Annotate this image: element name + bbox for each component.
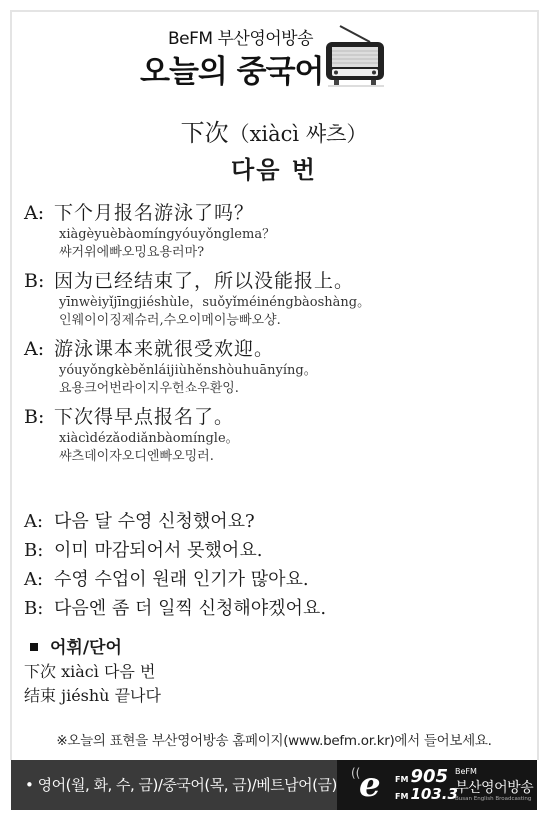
homepage-note: ※오늘의 표현을 부산영어방송 홈페이지(www.befm.or.kr)에서 들… — [0, 729, 548, 749]
chinese-line: 下个月报名游泳了吗？ — [54, 198, 254, 225]
translation-line: B:다음엔 좀 더 일찍 신청해야겠어요. — [24, 594, 524, 623]
speaker: A: — [24, 511, 54, 532]
footer: • 영어(월, 화, 수, 금)/중국어(목, 금)/베트남어(금) (( e … — [11, 760, 537, 810]
speaker: B: — [24, 540, 54, 561]
vocab-pinyin: jiéshù — [61, 686, 109, 705]
dialogue-turn: A:游泳课本来就很受欢迎。 yóuyǒngkèběnláijiùhěnshòuh… — [24, 334, 524, 398]
chinese-line: 游泳课本来就很受欢迎。 — [54, 334, 274, 361]
expression-pinyin: （xiàcì 쌰츠） — [229, 122, 368, 146]
expression-title: 下次（xiàcì 쌰츠） — [0, 113, 548, 148]
header: BeFM 부산영어방송 오늘의 중국어 — [0, 0, 548, 100]
speaker: A: — [24, 338, 54, 360]
dialogue-turn: B:下次得早点报名了。 xiàcìdézǎodiǎnbàomíngle。 쌰츠데… — [24, 402, 524, 466]
translation-line: A:다음 달 수영 신청했어요? — [24, 507, 524, 536]
speaker: A: — [24, 569, 54, 590]
speaker: B: — [24, 270, 54, 292]
vocab-heading-text: 어휘/단어 — [50, 638, 122, 658]
vocab-meaning: 끝나다 — [115, 686, 161, 705]
vocab-pinyin: xiàcì — [61, 662, 99, 681]
befm-label: BeFM — [455, 767, 477, 776]
speaker: A: — [24, 202, 54, 224]
vocab-section: 어휘/단어 下次 xiàcì 다음 번 结束 jiéshù 끝나다 — [24, 633, 161, 707]
chinese-line: 下次得早点报名了。 — [54, 402, 234, 429]
station-logo: (( e FM905 FM103.3 BeFM 부산영어방송 Busan Eng… — [337, 760, 537, 810]
station-english: Busan English Broadcasting — [455, 796, 531, 802]
translation-text: 다음 달 수영 신청했어요? — [54, 507, 255, 533]
e-logo-icon: e — [359, 766, 381, 804]
vocab-word: 下次 — [24, 662, 56, 681]
expression-chinese: 下次 — [181, 119, 229, 147]
radio-icon — [320, 24, 390, 88]
vocab-heading: 어휘/단어 — [24, 633, 161, 659]
translation: A:다음 달 수영 신청했어요? B:이미 마감되어서 못했어요. A:수영 수… — [24, 507, 524, 623]
chinese-line: 因为已经结束了，所以没能报上。 — [54, 266, 354, 293]
expression-korean: 다음 번 — [0, 150, 548, 185]
korean-reading-line: 쌰거위에빠오밍요용러마? — [24, 244, 524, 262]
translation-text: 이미 마감되어서 못했어요. — [54, 536, 262, 562]
translation-line: A:수영 수업이 원래 인기가 많아요. — [24, 565, 524, 594]
translation-text: 다음엔 좀 더 일찍 신청해야겠어요. — [54, 594, 326, 620]
dialogue-turn: B:因为已经结束了，所以没能报上。 yīnwèiyǐjīngjiéshùle，s… — [24, 266, 524, 330]
vocab-item: 结束 jiéshù 끝나다 — [24, 683, 161, 707]
pinyin-line: xiàcìdézǎodiǎnbàomíngle。 — [24, 430, 524, 448]
speaker: B: — [24, 598, 54, 619]
korean-reading-line: 인웨이이징제슈러,수오이메이능빠오샹. — [24, 312, 524, 330]
pinyin-line: yóuyǒngkèběnláijiùhěnshòuhuānyíng。 — [24, 362, 524, 380]
translation-line: B:이미 마감되어서 못했어요. — [24, 536, 524, 565]
broadcast-schedule: • 영어(월, 화, 수, 금)/중국어(목, 금)/베트남어(금) — [11, 760, 337, 810]
dialogue-turn: A:下个月报名游泳了吗？ xiàgèyuèbàomíngyóuyǒnglema？… — [24, 198, 524, 262]
pinyin-line: yīnwèiyǐjīngjiéshùle，suǒyǐméinéngbàoshàn… — [24, 294, 524, 312]
square-bullet-icon — [30, 643, 38, 651]
vocab-item: 下次 xiàcì 다음 번 — [24, 659, 161, 683]
station-name: 부산영어방송 — [455, 777, 533, 797]
brand-title: 오늘의 중국어 — [140, 46, 323, 91]
speaker: B: — [24, 406, 54, 428]
korean-reading-line: 요용크어번라이지우헌쇼우환잉. — [24, 380, 524, 398]
dialogue: A:下个月报名游泳了吗？ xiàgèyuèbàomíngyóuyǒnglema？… — [24, 198, 524, 470]
frequency-905: FM905 — [395, 766, 448, 787]
pinyin-line: xiàgèyuèbàomíngyóuyǒnglema？ — [24, 226, 524, 244]
vocab-meaning: 다음 번 — [104, 662, 155, 681]
translation-text: 수영 수업이 원래 인기가 많아요. — [54, 565, 309, 591]
korean-reading-line: 쌰츠데이자오디엔빠오밍러. — [24, 448, 524, 466]
vocab-word: 结束 — [24, 686, 56, 705]
frequency-1033: FM103.3 — [395, 785, 458, 803]
